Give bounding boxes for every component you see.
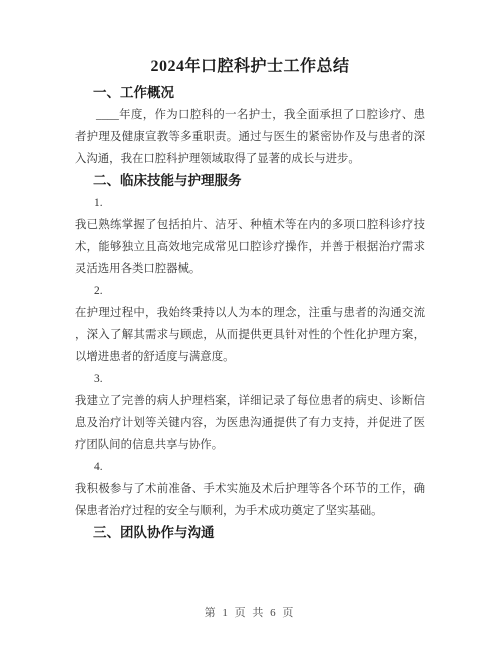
paragraph-line: 在护理过程中，我始终秉持以人为本的理念，注重与患者的沟通交流 [75,302,425,324]
section-heading: 三、团队协作与沟通 [75,522,425,544]
document-title: 2024年口腔科护士工作总结 [0,0,500,78]
list-number: 4. [75,456,425,478]
paragraph-line: 以增进患者的舒适度与满意度。 [75,346,425,368]
paragraph-line: 者护理及健康宣教等多重职责。通过与医生的紧密协作及与患者的深 [75,126,425,148]
paragraph-line: 疗团队间的信息共享与协作。 [75,434,425,456]
paragraph-line: ，深入了解其需求与顾虑，从而提供更具针对性的个性化护理方案， [75,324,425,346]
paragraph-line: 我建立了完善的病人护理档案，详细记录了每位患者的病史、诊断信 [75,390,425,412]
paragraph-line: 灵活选用各类口腔器械。 [75,258,425,280]
document-body: 一、工作概况 ____年度，作为口腔科的一名护士，我全面承担了口腔诊疗、患 者护… [75,82,425,544]
paragraph: 我建立了完善的病人护理档案，详细记录了每位患者的病史、诊断信 息及治疗计划等关键… [75,390,425,456]
paragraph-line: 保患者治疗过程的安全与顺利，为手术成功奠定了坚实基础。 [75,500,425,522]
section-heading: 一、工作概况 [75,82,425,104]
paragraph: 在护理过程中，我始终秉持以人为本的理念，注重与患者的沟通交流 ，深入了解其需求与… [75,302,425,368]
document-page: 2024年口腔科护士工作总结 一、工作概况 ____年度，作为口腔科的一名护士，… [0,0,500,647]
paragraph-line: ____年度，作为口腔科的一名护士，我全面承担了口腔诊疗、患 [75,104,425,126]
paragraph-line: 我积极参与了术前准备、手术实施及术后护理等各个环节的工作，确 [75,478,425,500]
page-number: 第 1 页 共 6 页 [0,605,500,621]
paragraph-line: 我已熟练掌握了包括拍片、洁牙、种植术等在内的多项口腔科诊疗技 [75,214,425,236]
paragraph-line: 入沟通，我在口腔科护理领域取得了显著的成长与进步。 [75,148,425,170]
section-heading: 二、临床技能与护理服务 [75,170,425,192]
paragraph: ____年度，作为口腔科的一名护士，我全面承担了口腔诊疗、患 者护理及健康宣教等… [75,104,425,170]
list-number: 1. [75,192,425,214]
paragraph: 我已熟练掌握了包括拍片、洁牙、种植术等在内的多项口腔科诊疗技 术，能够独立且高效… [75,214,425,280]
paragraph: 我积极参与了术前准备、手术实施及术后护理等各个环节的工作，确 保患者治疗过程的安… [75,478,425,522]
paragraph-line: 息及治疗计划等关键内容，为医患沟通提供了有力支持，并促进了医 [75,412,425,434]
list-number: 2. [75,280,425,302]
list-number: 3. [75,368,425,390]
paragraph-line: 术，能够独立且高效地完成常见口腔诊疗操作，并善于根据治疗需求 [75,236,425,258]
